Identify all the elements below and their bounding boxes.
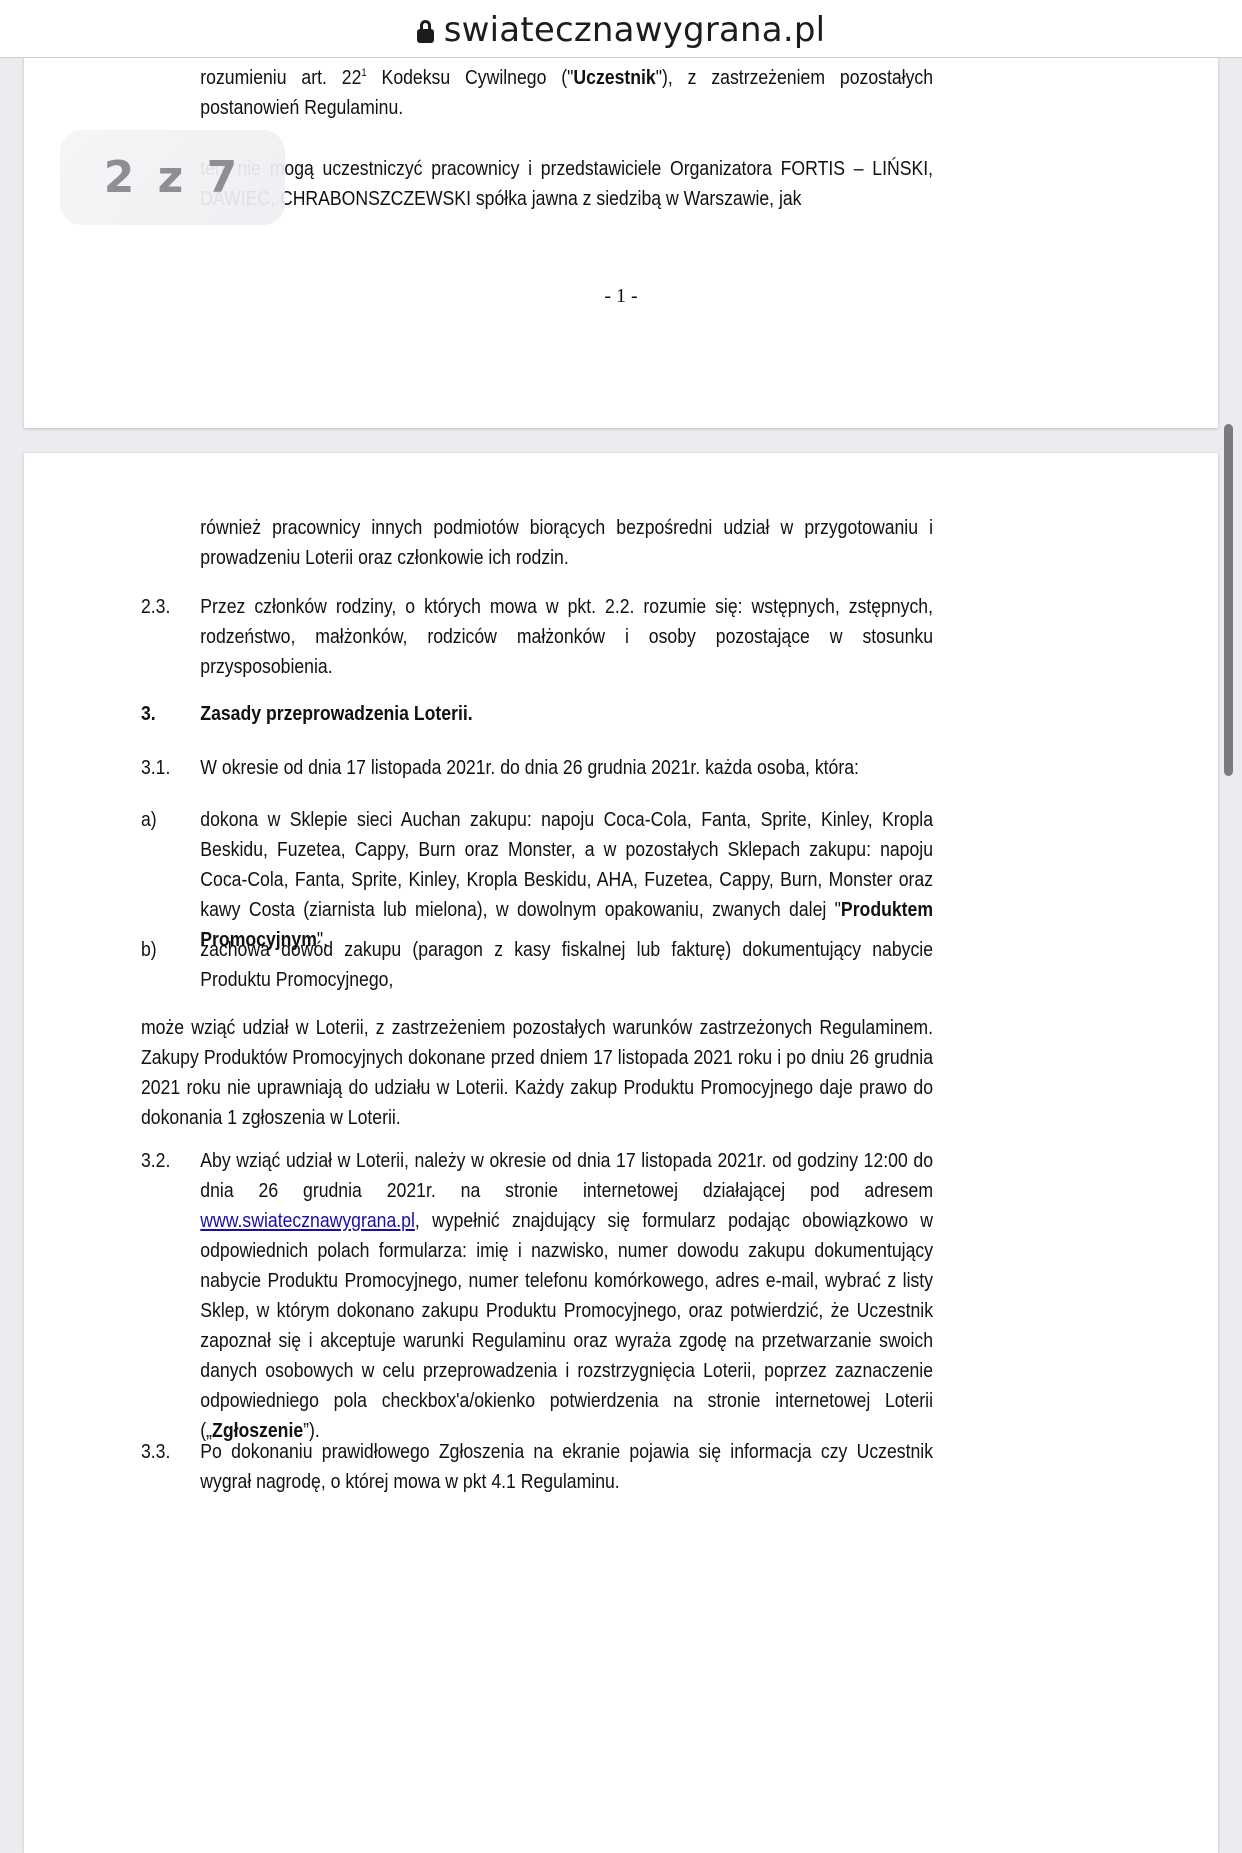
paragraph-3-2: Aby wziąć udział w Loterii, należy w okr…	[200, 1146, 933, 1446]
paragraph-2-2-continuation: również pracownicy innych podmiotów bior…	[200, 513, 933, 573]
page-counter-text: 2 z 7	[104, 152, 241, 203]
paragraph-2-3: Przez członków rodziny, o których mowa w…	[200, 592, 933, 682]
section-number-3-2: 3.2.	[141, 1146, 170, 1176]
paragraph-2-2: terii nie mogą uczestniczyć pracownicy i…	[200, 154, 933, 214]
list-item-a: dokona w Sklepie sieci Auchan zakupu: na…	[200, 805, 933, 955]
section-number-3: 3.	[141, 699, 156, 729]
paragraph-3-1: W okresie od dnia 17 listopada 2021r. do…	[200, 753, 933, 783]
website-link[interactable]: www.swiatecznawygrana.pl	[200, 1209, 415, 1232]
section-heading-3: Zasady przeprowadzenia Loterii.	[200, 699, 933, 729]
pdf-viewer[interactable]: rozumieniu art. 221 Kodeksu Cywilnego ("…	[0, 59, 1242, 1815]
section-number-3-1: 3.1.	[141, 753, 170, 783]
pdf-page-1: rozumieniu art. 221 Kodeksu Cywilnego ("…	[24, 39, 1218, 428]
paragraph-3-3: Po dokonaniu prawidłowego Zgłoszenia na …	[200, 1437, 933, 1497]
address-bar[interactable]: swiatecznawygrana.pl	[0, 0, 1242, 58]
scrollbar-thumb[interactable]	[1224, 424, 1233, 776]
paragraph-2-1-continuation: rozumieniu art. 221 Kodeksu Cywilnego ("…	[200, 63, 933, 123]
paragraph-3-1-tail: może wziąć udział w Loterii, z zastrzeże…	[141, 1013, 933, 1133]
list-item-b: zachowa dowód zakupu (paragon z kasy fis…	[200, 935, 933, 995]
page-counter-badge: 2 z 7	[60, 130, 285, 225]
section-number-3-3: 3.3.	[141, 1437, 170, 1467]
lock-icon	[417, 20, 434, 44]
pdf-page-2: również pracownicy innych podmiotów bior…	[24, 453, 1218, 1815]
url-text: swiatecznawygrana.pl	[444, 10, 826, 50]
list-marker-b: b)	[141, 935, 157, 965]
page-number-footer: - 1 -	[24, 285, 1218, 308]
list-marker-a: a)	[141, 805, 157, 835]
url-display[interactable]: swiatecznawygrana.pl	[417, 10, 826, 50]
section-number-2-3: 2.3.	[141, 592, 170, 622]
